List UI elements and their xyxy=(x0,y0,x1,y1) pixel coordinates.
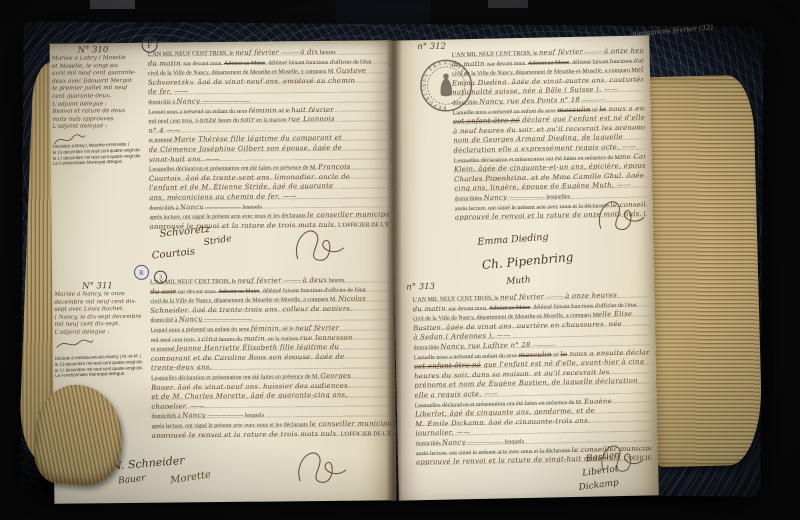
signature-witness-312-a: Ch. Pipenbring xyxy=(481,250,574,272)
signature-witness-310-b: Courtois xyxy=(151,246,195,261)
act-number-313: n° 313 xyxy=(406,282,435,293)
act-number-311: N° 311 xyxy=(82,281,150,292)
margin-note-act-310: N° 310 Mariée à Labry ( Moselleet Mosell… xyxy=(52,45,147,153)
death-mention-stamp-311: Décédé à Vandœuvre-lès-Nancy ( M.-et-M. … xyxy=(55,354,164,381)
act-line: approuvé le renvoi et la rature de trois… xyxy=(152,426,392,438)
text-line: L'adjoint délégué : xyxy=(52,123,146,132)
act-number-310: N° 310 xyxy=(78,45,146,56)
right-page: n° 312 RÉPUBLIQUE FRANÇAISE L'AN MIL NEU… xyxy=(389,35,659,500)
officer-signature-flourish-310 xyxy=(289,223,347,268)
margin-note-act-311: N° 311 Mariée à Nancy, le onzedécembre m… xyxy=(54,281,151,357)
fore-edge-pages xyxy=(643,75,763,468)
margin-note-lines: Mariée à Nancy, le onzedécembre mil neuf… xyxy=(54,291,150,338)
act-number-312: n° 312 xyxy=(417,42,446,53)
signature-witness-312-b: Muth xyxy=(506,275,531,287)
officer-signature-flourish-312 xyxy=(592,193,648,236)
archive-photo-background: F N° 310 Mariée à Labry ( Moselleet Mose… xyxy=(0,0,800,520)
signature-witness-311-a: Bauer xyxy=(118,473,146,486)
officer-signature-flourish-311 xyxy=(292,445,350,490)
handwritten-text: soir xyxy=(240,116,254,124)
margin-note-lines: Mariée à Labry ( Moselleet Moselle, le v… xyxy=(52,55,147,132)
act-310-body: L'AN MIL NEUF CENT TROIS, le neuf févrie… xyxy=(148,44,390,229)
stamp-lines: Décédée à Briey ( Meurthe-et-Moselle )le… xyxy=(52,142,161,169)
background-clutter xyxy=(90,0,135,9)
signature-witness-310-a: Stride xyxy=(203,234,232,248)
death-mention-stamp-310: Décédée à Briey ( Meurthe-et-Moselle )le… xyxy=(52,142,161,169)
book-gutter-shadow xyxy=(386,38,402,500)
act-311-body: L'AN MIL NEUF CENT TROIS, le neuf févrie… xyxy=(150,272,392,438)
seal-figure xyxy=(440,73,452,96)
handwritten-text: approuvé le renvoi et la rature de trois… xyxy=(152,429,339,438)
margin-signature-squiggle xyxy=(55,337,95,351)
signature-declarant-312: Emma Dieding xyxy=(477,232,549,248)
printed-text: L'OFFICIER DE L'ÉTAT CIVIL, xyxy=(339,430,392,437)
signature-declarant-311: N. Schneider xyxy=(112,454,185,473)
signature-witness-311-b: Morette xyxy=(170,469,212,486)
circled-r-letter: R xyxy=(139,268,144,276)
birth-act-310: L'AN MIL NEUF CENT TROIS, le neuf févrie… xyxy=(148,44,390,229)
handwritten-text: onze xyxy=(199,116,216,123)
signature-witness-313-b: Dickamp xyxy=(578,478,619,493)
stamp-lines: Décédé à Vandœuvre-lès-Nancy ( M.-et-M. … xyxy=(55,354,164,381)
circled-r-stamp: R xyxy=(134,265,149,280)
background-clutter xyxy=(488,0,528,8)
text-line: L'adjoint délégué : xyxy=(55,329,151,338)
birth-act-311: L'AN MIL NEUF CENT TROIS, le neuf févrie… xyxy=(150,272,392,438)
